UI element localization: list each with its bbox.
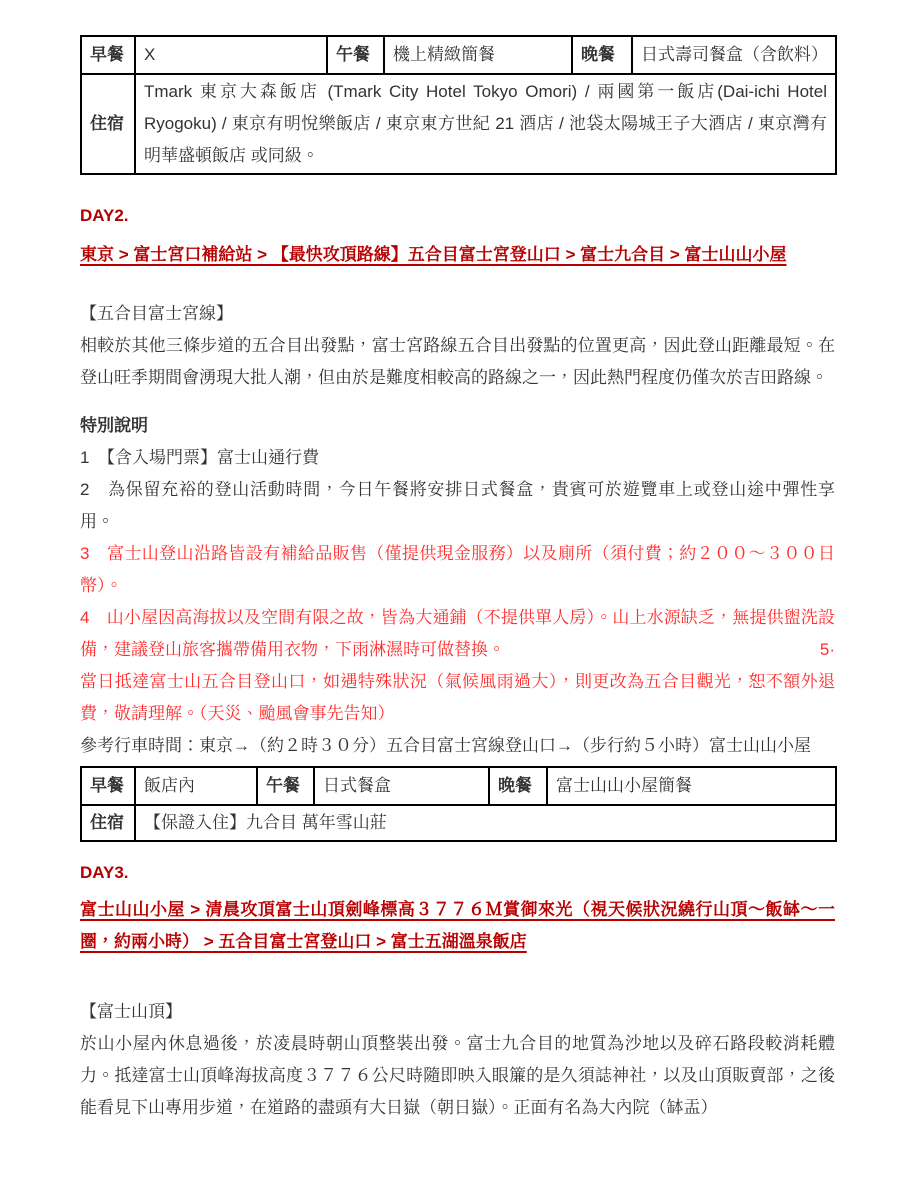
fujinomiya-section-title: 【五合目富士宮線】 — [80, 298, 835, 330]
note-item-5: 當日抵達富士山五合目登山口，如遇特殊狀況（氣候風雨過大），則更改為五合目觀光，恕… — [80, 666, 835, 730]
note-item-3: 3 富士山登山沿路皆設有補給品販售（僅提供現金服務）以及廁所（須付費；約２００～… — [80, 538, 835, 602]
day2-lodging-label: 住宿 — [81, 805, 135, 841]
day3-heading: DAY3. — [80, 862, 835, 884]
day2-breakfast-value: 飯店內 — [135, 767, 257, 805]
day1-lodging-row: 住宿 Tmark 東京大森飯店 (Tmark City Hotel Tokyo … — [81, 74, 836, 174]
day2-breakfast-label: 早餐 — [81, 767, 135, 805]
day2-lodging-row: 住宿 【保證入住】九合目 萬年雪山莊 — [81, 805, 836, 841]
day2-lunch-label: 午餐 — [257, 767, 314, 805]
day3-route: 富士山山小屋 > 清晨攻頂富士山頂劍峰標高３７７６Ｍ賞御來光（視天候狀況繞行山頂… — [80, 894, 835, 958]
itinerary-page: 早餐 X 午餐 機上精緻簡餐 晚餐 日式壽司餐盒（含飲料） 住宿 Tmark 東… — [0, 0, 899, 1180]
note-item-4: 4 山小屋因高海拔以及空間有限之故，皆為大通鋪（不提供單人房）。山上水源缺乏，無… — [80, 602, 835, 666]
summit-section-body: 於山小屋內休息過後，於凌晨時朝山頂整裝出發。富士九合目的地質為沙地以及碎石路段較… — [80, 1028, 835, 1124]
day1-meals-row: 早餐 X 午餐 機上精緻簡餐 晚餐 日式壽司餐盒（含飲料） — [81, 36, 836, 74]
day1-dinner-label: 晚餐 — [572, 36, 632, 74]
special-notes-title: 特別說明 — [80, 410, 835, 442]
day2-lodging-value: 【保證入住】九合目 萬年雪山莊 — [135, 805, 836, 841]
note-item-5-marker: 5· — [820, 634, 835, 666]
day2-heading: DAY2. — [80, 205, 835, 227]
day2-lunch-value: 日式餐盒 — [314, 767, 489, 805]
day1-breakfast-label: 早餐 — [81, 36, 135, 74]
note-item-2: 2 為保留充裕的登山活動時間，今日午餐將安排日式餐盒，貴賓可於遊覽車上或登山途中… — [80, 474, 835, 538]
day1-lodging-label: 住宿 — [81, 74, 135, 174]
note-item-4-text: 4 山小屋因高海拔以及空間有限之故，皆為大通鋪（不提供單人房）。山上水源缺乏，無… — [80, 608, 835, 659]
day1-meal-lodging-table: 早餐 X 午餐 機上精緻簡餐 晚餐 日式壽司餐盒（含飲料） 住宿 Tmark 東… — [80, 35, 837, 175]
day2-dinner-value: 富士山山小屋簡餐 — [547, 767, 836, 805]
day1-lunch-label: 午餐 — [327, 36, 384, 74]
fujinomiya-section-body: 相較於其他三條步道的五合目出發點，富士宮路線五合目出發點的位置更高，因此登山距離… — [80, 330, 835, 394]
day2-route: 東京 > 富士宮口補給站 > 【最快攻頂路線】五合目富士宮登山口 > 富士九合目… — [80, 239, 835, 271]
day1-lunch-value: 機上精緻簡餐 — [384, 36, 572, 74]
day2-dinner-label: 晚餐 — [489, 767, 547, 805]
note-item-1: 1 【含入場門票】富士山通行費 — [80, 442, 835, 474]
day2-meal-lodging-table: 早餐 飯店內 午餐 日式餐盒 晚餐 富士山山小屋簡餐 住宿 【保證入住】九合目 … — [80, 766, 837, 842]
itinerary-document: 早餐 X 午餐 機上精緻簡餐 晚餐 日式壽司餐盒（含飲料） 住宿 Tmark 東… — [80, 35, 835, 1124]
drive-time-note: 參考行車時間：東京→（約２時３０分）五合目富士宮線登山口→（步行約５小時）富士山… — [80, 730, 835, 762]
day1-dinner-value: 日式壽司餐盒（含飲料） — [632, 36, 836, 74]
summit-section-title: 【富士山頂】 — [80, 996, 835, 1028]
day1-breakfast-value: X — [135, 36, 327, 74]
day2-meals-row: 早餐 飯店內 午餐 日式餐盒 晚餐 富士山山小屋簡餐 — [81, 767, 836, 805]
day1-lodging-value: Tmark 東京大森飯店 (Tmark City Hotel Tokyo Omo… — [135, 74, 836, 174]
